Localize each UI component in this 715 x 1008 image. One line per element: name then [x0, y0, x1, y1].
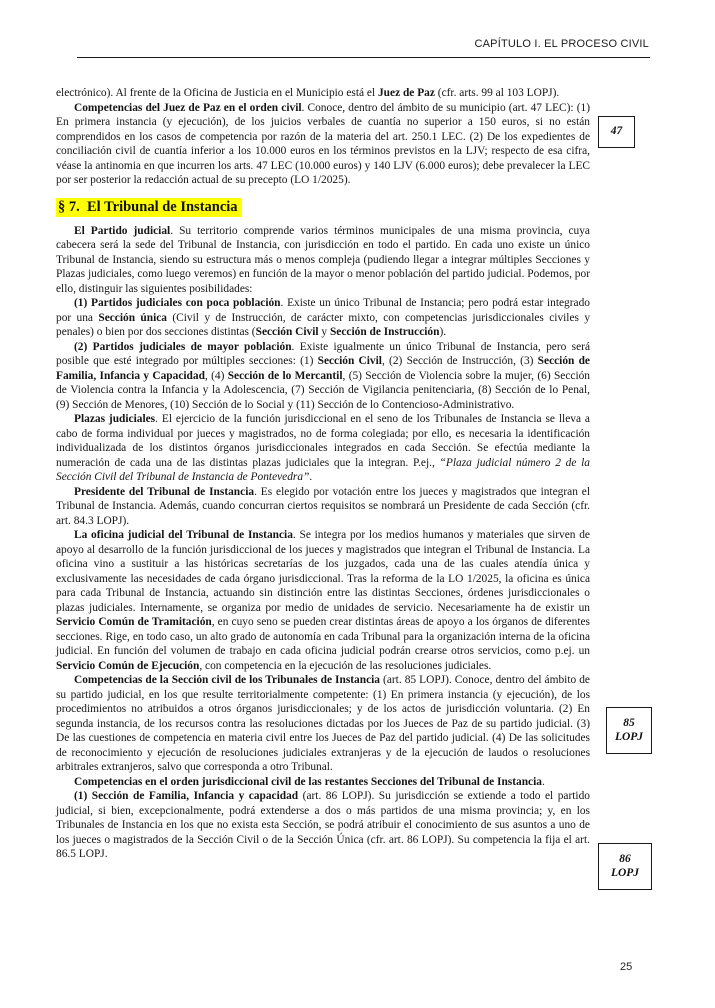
page-body-text: electrónico). Al frente de la Oficina de… — [56, 86, 590, 862]
margin-note-art-85-lopj: 85 LOPJ — [606, 707, 652, 754]
paragraph: (2) Partidos judiciales de mayor poblaci… — [56, 340, 590, 413]
margin-note-line: 47 — [611, 125, 623, 139]
paragraph: Presidente del Tribunal de Instancia. Es… — [56, 485, 590, 529]
document-page: CAPÍTULO I. EL PROCESO CIVIL electrónico… — [0, 0, 715, 1008]
margin-note-art-86-lopj: 86 LOPJ — [598, 843, 652, 890]
margin-note-line: LOPJ — [611, 867, 639, 881]
margin-note-art-47: 47 — [598, 116, 635, 148]
section-heading: § 7. El Tribunal de Instancia — [56, 197, 590, 217]
paragraph: La oficina judicial del Tribunal de Inst… — [56, 528, 590, 673]
paragraph: Competencias del Juez de Paz en el orden… — [56, 101, 590, 188]
header-rule — [77, 57, 650, 58]
paragraph: electrónico). Al frente de la Oficina de… — [56, 86, 590, 101]
margin-note-line: 86 — [619, 853, 631, 867]
paragraph: Plazas judiciales. El ejercicio de la fu… — [56, 412, 590, 485]
running-header: CAPÍTULO I. EL PROCESO CIVIL — [474, 38, 649, 50]
paragraph: El Partido judicial. Su territorio compr… — [56, 224, 590, 297]
section-heading-highlight: § 7. El Tribunal de Instancia — [56, 198, 242, 217]
paragraph: (1) Partidos judiciales con poca poblaci… — [56, 296, 590, 340]
paragraph: (1) Sección de Familia, Infancia y capac… — [56, 789, 590, 862]
margin-note-line: LOPJ — [615, 731, 643, 745]
paragraph: Competencias de la Sección civil de los … — [56, 673, 590, 775]
margin-note-line: 85 — [623, 717, 635, 731]
page-number: 25 — [620, 961, 632, 973]
paragraph: Competencias en el orden jurisdiccional … — [56, 775, 590, 790]
